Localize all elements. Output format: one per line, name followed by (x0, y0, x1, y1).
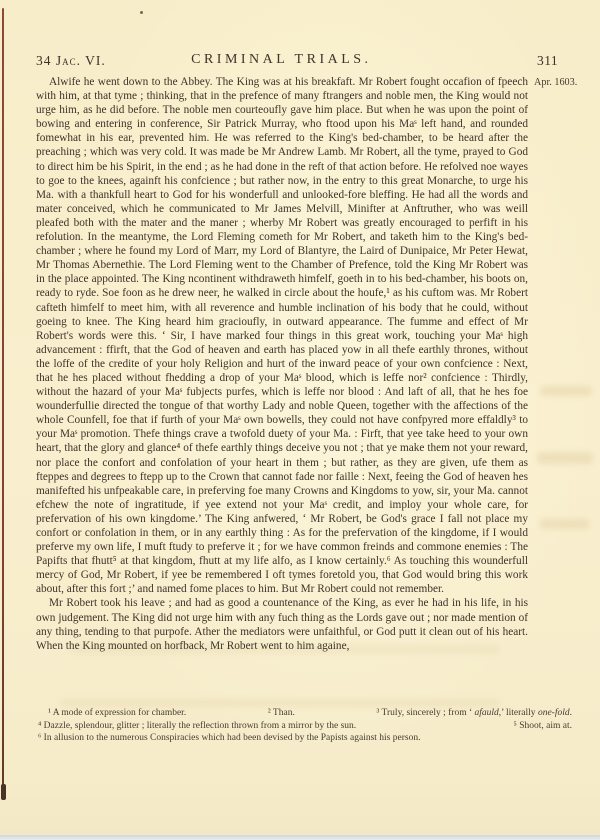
footnote-3-text: ³ Truly, sincerely ; from ‘ (377, 708, 475, 718)
footnote-2: ² Than. (268, 707, 295, 720)
page-title: CRIMINAL TRIALS. (191, 52, 371, 68)
margin-date-note: Apr. 1603. (534, 77, 594, 88)
footnote-6: ⁶ In allusion to the numerous Conspiraci… (38, 732, 420, 745)
footnotes-block: ¹ A mode of expression for chamber. ² Th… (38, 707, 572, 745)
page-body: Alwife he went down to the Abbey. The Ki… (36, 75, 528, 653)
bleedthrough-smudge (537, 452, 593, 464)
footnote-3-italic-term: one-fold (538, 708, 570, 718)
footnote-3-italic-term: afauld (475, 708, 499, 718)
footnote-3-text: . (570, 708, 572, 718)
footnote-1: ¹ A mode of expression for chamber. (38, 707, 186, 720)
paragraph-1: Alwife he went down to the Abbey. The Ki… (36, 75, 528, 596)
regnal-year-label: 34 Jac. VI. (36, 53, 106, 69)
footnote-row-3: ⁶ In allusion to the numerous Conspiraci… (38, 732, 572, 745)
paper-speck (140, 11, 143, 14)
binding-edge-line (2, 8, 4, 794)
running-header: 34 Jac. VI. CRIMINAL TRIALS. 311 (36, 53, 558, 71)
bleedthrough-smudge (540, 519, 590, 529)
bleedthrough-smudge (60, 699, 500, 707)
scan-bottom-edge (0, 835, 600, 840)
footnote-5: ⁵ Shoot, aim at. (514, 720, 572, 733)
book-page-scan: 34 Jac. VI. CRIMINAL TRIALS. 311 Apr. 16… (0, 0, 600, 840)
page-number: 311 (537, 53, 558, 69)
bleedthrough-smudge (540, 386, 592, 396)
footnote-4: ⁴ Dazzle, splendour, glitter ; literally… (38, 720, 356, 733)
footnote-3-text: ,’ literally (499, 708, 538, 718)
footnote-row-1: ¹ A mode of expression for chamber. ² Th… (38, 707, 572, 720)
footnote-3: ³ Truly, sincerely ; from ‘ afauld,’ lit… (377, 707, 572, 720)
footnote-row-2: ⁴ Dazzle, splendour, glitter ; literally… (38, 720, 572, 733)
paragraph-2: Mr Robert took his leave ; and had as go… (36, 596, 528, 652)
